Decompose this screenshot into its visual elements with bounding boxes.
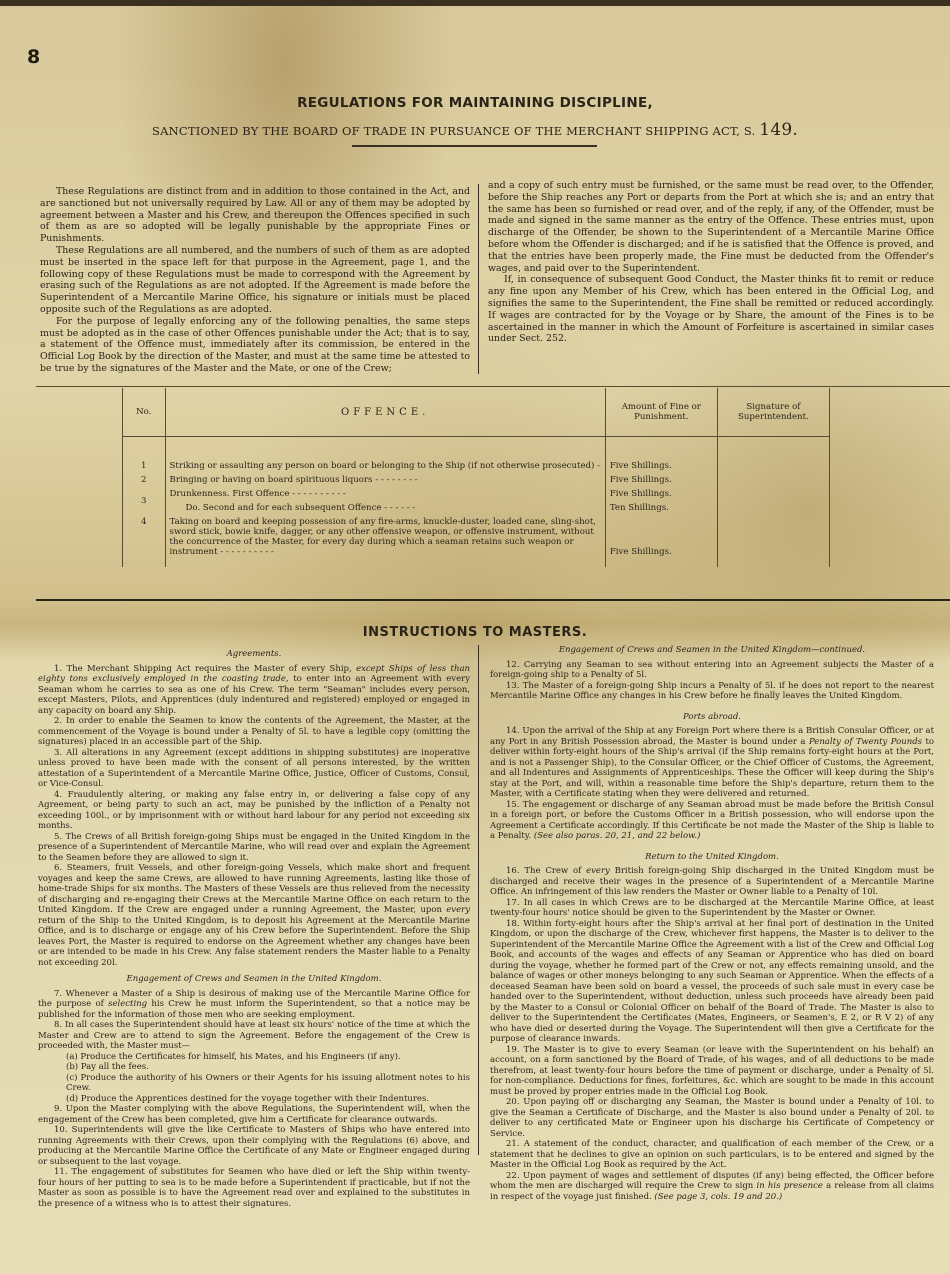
intro-paragraph: For the purpose of legally enforcing any… [40,316,470,375]
table-top-rule [36,386,950,387]
column-divider [478,184,479,374]
instruction-8d: (d) Produce the Apprentices destined for… [38,1094,470,1105]
title-divider [352,145,597,147]
instruction-7: 7. Whenever a Master of a Ship is desiro… [38,989,470,1021]
instruction-15: 15. The engagement or discharge of any S… [490,800,934,842]
instruction-17: 17. In all cases in which Crews are to b… [490,898,934,919]
instruction-14: 14. Upon the arrival of the Ship at any … [490,726,934,800]
intro-right-column: and a copy of such entry must be furnish… [488,180,934,345]
table-bottom-rule [36,599,950,601]
header-fine: Amount of Fine or Punishment. [605,388,717,437]
instruction-9: 9. Upon the Master complying with the ab… [38,1104,470,1125]
row-no: 4 [123,515,166,567]
header-offence: OFFENCE. [165,388,605,437]
section-heading-return: Return to the United Kingdom. [490,852,934,863]
instruction-16: 16. The Crew of every British foreign-go… [490,866,934,898]
instruction-8b: (b) Pay all the fees. [38,1062,470,1073]
offences-table: No. OFFENCE. Amount of Fine or Punishmen… [122,388,830,567]
page-subtitle: SANCTIONED BY THE BOARD OF TRADE IN PURS… [0,120,950,140]
section-heading-engagement: Engagement of Crews and Seamen in the Un… [38,974,470,985]
instruction-5: 5. The Crews of all British foreign-goin… [38,832,470,864]
intro-paragraph: and a copy of such entry must be furnish… [488,180,934,274]
table-row: 3 Drunkenness. First Offence - - - - - -… [123,487,830,501]
intro-paragraph: If, in consequence of subsequent Good Co… [488,274,934,345]
instruction-11: 11. The engagement of substitutes for Se… [38,1167,470,1209]
page-number: 8 [27,46,40,68]
page-title: REGULATIONS FOR MAINTAINING DISCIPLINE, [0,95,950,111]
instruction-3: 3. All alterations in any Agreement (exc… [38,748,470,790]
row-offence: Bringing or having on board spirituous l… [165,473,605,487]
instruction-8: 8. In all cases the Superintendent shoul… [38,1020,470,1052]
row-fine: Five Shillings. [605,487,717,501]
row-offence: Do. Second and for each subsequent Offen… [165,501,605,515]
instructions-left-column: Agreements. 1. The Merchant Shipping Act… [38,643,470,1209]
header-signature: Signature of Superintendent. [717,388,829,437]
intro-paragraph: These Regulations are all numbered, and … [40,245,470,316]
instruction-1: 1. The Merchant Shipping Act requires th… [38,664,470,717]
instruction-8a: (a) Produce the Certificates for himself… [38,1052,470,1063]
row-fine: Five Shillings. [605,515,717,567]
table-header-row: No. OFFENCE. Amount of Fine or Punishmen… [123,388,830,437]
row-signature[interactable] [717,501,829,515]
document-page: 8 REGULATIONS FOR MAINTAINING DISCIPLINE… [0,0,950,1274]
instruction-2: 2. In order to enable the Seamen to know… [38,716,470,748]
row-no: 2 [123,473,166,487]
instruction-20: 20. Upon paying off or discharging any S… [490,1097,934,1139]
instruction-21: 21. A statement of the conduct, characte… [490,1139,934,1171]
row-offence: Drunkenness. First Offence - - - - - - -… [165,487,605,501]
instructions-right-column: Engagement of Crews and Seamen in the Un… [490,643,934,1202]
row-fine: Five Shillings. [605,473,717,487]
section-heading-ports-abroad: Ports abroad. [490,712,934,723]
row-offence: Striking or assaulting any person on boa… [165,437,605,474]
row-signature[interactable] [717,473,829,487]
instructions-title: INSTRUCTIONS TO MASTERS. [0,625,950,640]
instruction-6: 6. Steamers, fruit Vessels, and other fo… [38,863,470,968]
intro-left-column: These Regulations are distinct from and … [40,186,470,375]
header-no: No. [123,388,166,437]
instruction-4: 4. Fraudulently altering, or making any … [38,790,470,832]
table-row: 4 Taking on board and keeping possession… [123,515,830,567]
row-signature[interactable] [717,515,829,567]
row-no: 3 [123,487,166,515]
subtitle-text: SANCTIONED BY THE BOARD OF TRADE IN PURS… [152,124,755,138]
table-row: Do. Second and for each subsequent Offen… [123,501,830,515]
table-row: 2 Bringing or having on board spirituous… [123,473,830,487]
instruction-13: 13. The Master of a foreign-going Ship i… [490,681,934,702]
page-edge [0,0,950,6]
row-offence: Taking on board and keeping possession o… [165,515,605,567]
row-signature[interactable] [717,437,829,474]
table-row: 1 Striking or assaulting any person on b… [123,437,830,474]
instruction-10: 10. Superintendents will give the like C… [38,1125,470,1167]
subtitle-section-number: 149. [759,120,798,140]
instruction-19: 19. The Master is to give to every Seama… [490,1045,934,1098]
instruction-22: 22. Upon payment of wages and settlement… [490,1171,934,1203]
section-heading-agreements: Agreements. [38,649,470,660]
instruction-12: 12. Carrying any Seaman to sea without e… [490,660,934,681]
section-heading-engagement-continued: Engagement of Crews and Seamen in the Un… [490,645,934,656]
row-signature[interactable] [717,487,829,501]
intro-paragraph: These Regulations are distinct from and … [40,186,470,245]
row-fine: Ten Shillings. [605,501,717,515]
row-no: 1 [123,437,166,474]
column-divider [478,645,479,1155]
row-fine: Five Shillings. [605,437,717,474]
instruction-8c: (c) Produce the authority of his Owners … [38,1073,470,1094]
instruction-18: 18. Within forty-eight hours after the S… [490,919,934,1045]
